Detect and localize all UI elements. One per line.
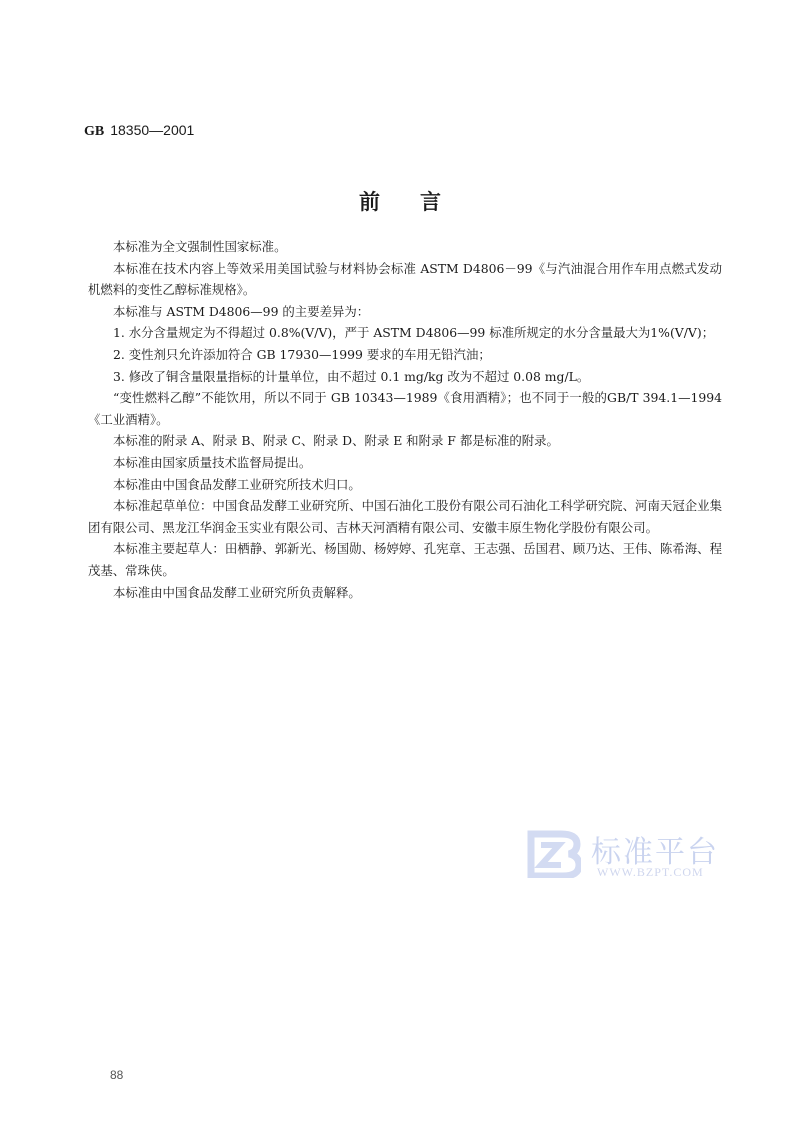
- bz-logo-icon: [527, 830, 581, 878]
- paragraph: 本标准由国家质量技术监督局提出。: [88, 452, 722, 474]
- paragraph: 本标准为全文强制性国家标准。: [88, 236, 722, 258]
- paragraph: 2. 变性剂只允许添加符合 GB 17930—1999 要求的车用无铅汽油；: [88, 344, 722, 366]
- standard-prefix: GB: [84, 124, 104, 139]
- paragraph: “变性燃料乙醇”不能饮用，所以不同于 GB 10343—1989《食用酒精》；也…: [88, 387, 722, 430]
- standard-code: GB18350—2001: [84, 122, 194, 140]
- watermark-url: WWW.BZPT.COM: [597, 865, 704, 880]
- paragraph: 本标准的附录 A、附录 B、附录 C、附录 D、附录 E 和附录 F 都是标准的…: [88, 430, 722, 452]
- paragraph: 本标准由中国食品发酵工业研究所负责解释。: [88, 582, 722, 604]
- paragraph: 本标准在技术内容上等效采用美国试验与材料协会标准 ASTM D4806－99《与…: [88, 258, 722, 301]
- page-title: 前言: [0, 186, 800, 216]
- page-number: 88: [110, 1068, 123, 1082]
- paragraph: 本标准由中国食品发酵工业研究所技术归口。: [88, 474, 722, 496]
- paragraph: 本标准起草单位：中国食品发酵工业研究所、中国石油化工股份有限公司石油化工科学研究…: [88, 495, 722, 538]
- foreword-body: 本标准为全文强制性国家标准。 本标准在技术内容上等效采用美国试验与材料协会标准 …: [88, 236, 722, 603]
- paragraph: 本标准主要起草人：田栖静、郭新光、杨国勋、杨婷婷、孔宪章、王志强、岳国君、顾乃达…: [88, 538, 722, 581]
- paragraph: 1. 水分含量规定为不得超过 0.8%(V/V)，严于 ASTM D4806—9…: [88, 322, 722, 344]
- paragraph: 本标准与 ASTM D4806—99 的主要差异为：: [88, 301, 722, 323]
- standard-number: 18350—2001: [110, 122, 194, 138]
- watermark: 标准平台 WWW.BZPT.COM: [527, 827, 737, 887]
- paragraph: 3. 修改了铜含量限量指标的计量单位，由不超过 0.1 mg/kg 改为不超过 …: [88, 366, 722, 388]
